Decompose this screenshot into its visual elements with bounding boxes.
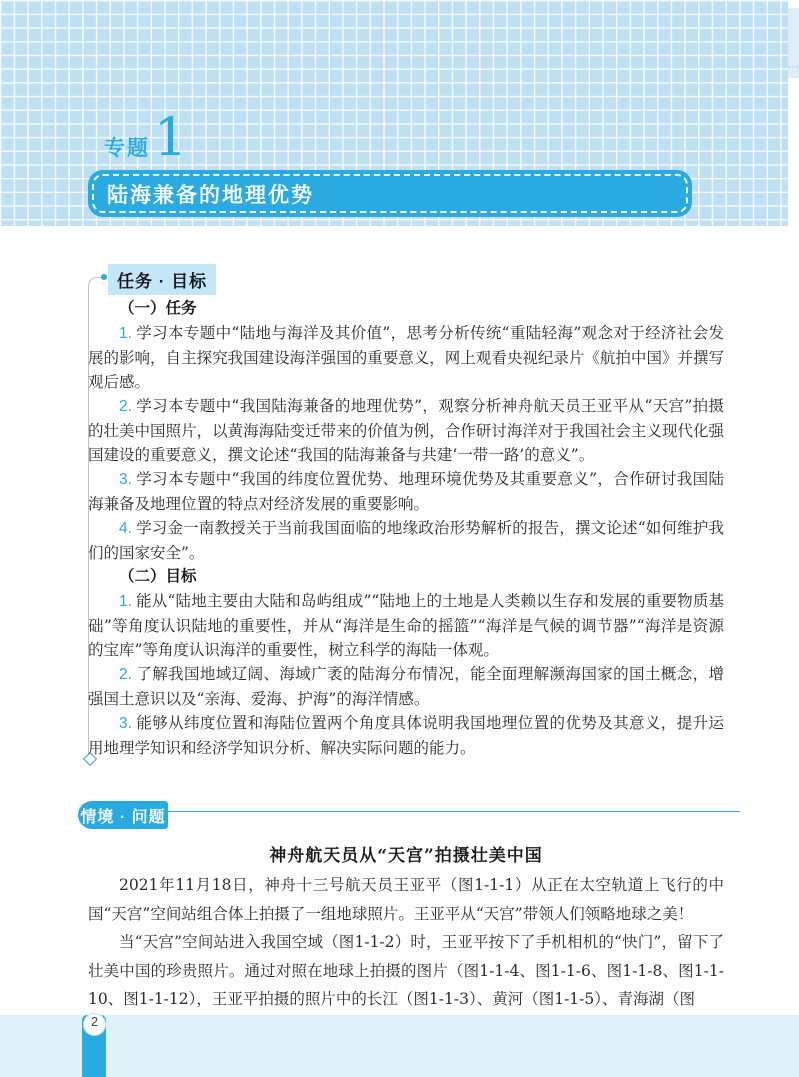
tasks-goals-body: （一）任务 1.学习本专题中“陆地与海洋及其价值”，思考分析传统“重陆轻海”观念… <box>88 297 724 760</box>
goal-item-text: 能够从纬度位置和海陆位置两个角度具体说明我国地理位置的优势及其意义，提升运用地理… <box>88 714 724 757</box>
page-number-badge: 2 <box>83 1013 106 1036</box>
goal-item: 2.了解我国地域辽阔、海域广袤的陆海分布情况，能全面理解濒海国家的国土概念，增强… <box>88 662 724 711</box>
footer-strip <box>0 1015 799 1077</box>
task-item: 2.学习本专题中“我国陆海兼备的地理优势”，观察分析神舟航天员王亚平从“天宫”拍… <box>88 394 724 467</box>
ellipsis-dots: ··· <box>788 62 798 72</box>
task-item-number: 2. <box>119 398 132 415</box>
bullet-dot-icon <box>101 274 107 280</box>
goal-item-number: 2. <box>119 666 132 683</box>
chapter-title: 陆海兼备的地理优势 <box>92 174 688 213</box>
topic-label: 专题 <box>104 132 150 162</box>
task-item-text: 学习本专题中“我国的纬度位置优势、地理环境优势及其重要意义”，合作研讨我国陆海兼… <box>88 470 724 513</box>
goal-item: 3.能够从纬度位置和海陆位置两个角度具体说明我国地理位置的优势及其意义，提升运用… <box>88 711 724 760</box>
task-item: 3.学习本专题中“我国的纬度位置优势、地理环境优势及其重要意义”，合作研讨我国陆… <box>88 467 724 516</box>
topic-heading: 专题 1 <box>104 112 187 164</box>
task-item-text: 学习金一南教授关于当前我国面临的地缘政治形势解析的报告，撰文论述“如何维护我们的… <box>88 519 724 562</box>
topic-number: 1 <box>154 112 187 164</box>
goal-item-text: 能从“陆地主要由大陆和岛屿组成”“陆地上的土地是人类赖以生存和发展的重要物质基础… <box>88 592 724 659</box>
goal-item: 1.能从“陆地主要由大陆和岛屿组成”“陆地上的土地是人类赖以生存和发展的重要物质… <box>88 589 724 662</box>
scenario-body: 2021年11月18日，神舟十三号航天员王亚平（图1-1-1）从正在太空轨道上飞… <box>88 871 724 1014</box>
scenario-paragraph: 当“天宫”空间站进入我国空域（图1-1-2）时，王亚平按下了手机相机的“快门”，… <box>88 928 724 1014</box>
goal-item-number: 3. <box>119 715 132 732</box>
tasks-goals-header: 任务 · 目标 <box>108 264 216 295</box>
task-item-number: 4. <box>119 520 132 537</box>
goals-subsection-title: （二）目标 <box>88 565 724 589</box>
goal-item-text: 了解我国地域辽阔、海域广袤的陆海分布情况，能全面理解濒海国家的国土概念，增强国土… <box>88 665 724 708</box>
task-item: 1.学习本专题中“陆地与海洋及其价值”，思考分析传统“重陆轻海”观念对于经济社会… <box>88 321 724 394</box>
scenario-questions-header: 情境 · 问题 <box>78 801 168 829</box>
article-title: 神舟航天员从“天宫”拍摄壮美中国 <box>88 841 724 866</box>
grid-banner: 专题 1 陆海兼备的地理优势 <box>0 0 788 226</box>
task-item-number: 3. <box>119 471 132 488</box>
task-item-text: 学习本专题中“我国陆海兼备的地理优势”，观察分析神舟航天员王亚平从“天宫”拍摄的… <box>88 397 724 464</box>
scenario-paragraph: 2021年11月18日，神舟十三号航天员王亚平（图1-1-1）从正在太空轨道上飞… <box>88 871 724 928</box>
header-rule-line <box>168 811 740 812</box>
chapter-title-box: 陆海兼备的地理优势 <box>88 170 692 217</box>
tasks-subsection-title: （一）任务 <box>88 297 724 321</box>
task-item-number: 1. <box>119 325 132 342</box>
task-item: 4.学习金一南教授关于当前我国面临的地缘政治形势解析的报告，撰文论述“如何维护我… <box>88 516 724 565</box>
goal-item-number: 1. <box>119 593 132 610</box>
task-item-text: 学习本专题中“陆地与海洋及其价值”，思考分析传统“重陆轻海”观念对于经济社会发展… <box>88 324 724 391</box>
